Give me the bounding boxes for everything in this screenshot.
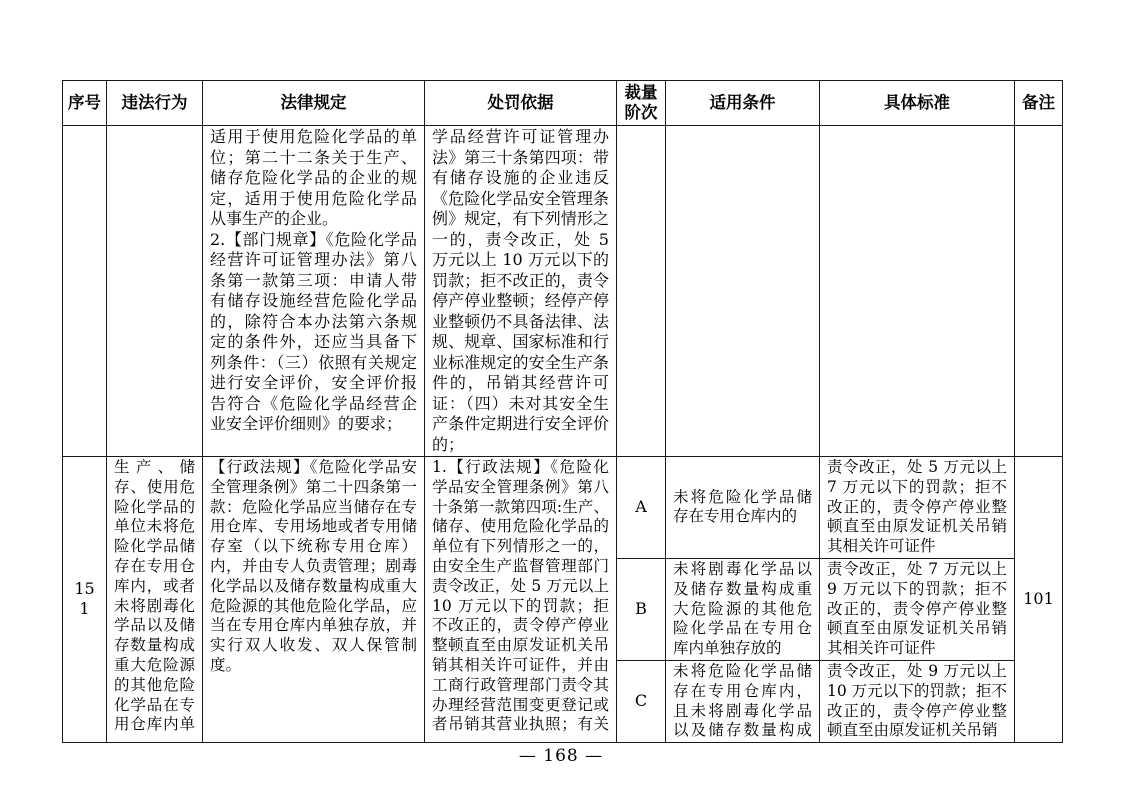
header-legal-provision: 法律规定 (203, 81, 425, 126)
continuation-row: 适用于使用危险化学品的单位；第二十二条关于生产、储存危险化学品的企业的规定，适用… (63, 126, 1063, 457)
header-applicable-condition: 适用条件 (666, 81, 820, 126)
header-specific-standard: 具体标准 (820, 81, 1015, 126)
tier-a-condition-cell: 未将危险化学品储存在专用仓库内的 (666, 457, 820, 559)
tier-c-condition-cell: 未将危险化学品储存在专用仓库内，且未将剧毒化学品以及储存数量构成重 (666, 660, 820, 742)
header-violation: 违法行为 (107, 81, 203, 126)
penalty-basis-cell: 1.【行政法规】《危险化学品安全管理条例》第八十条第一款第四项:生产、储存、使用… (425, 457, 617, 743)
violation-cell: 生产、储存、使用危险化学品的单位未将危险化学品储存在专用仓库内，或者未将剧毒化学… (107, 457, 203, 743)
row-151-tier-a: 151 生产、储存、使用危险化学品的单位未将危险化学品储存在专用仓库内，或者未将… (63, 457, 1063, 559)
cont-remark-cell (1015, 126, 1063, 457)
header-remark: 备注 (1015, 81, 1063, 126)
page-number: — 168 — (0, 746, 1122, 766)
cont-serial-cell (63, 126, 107, 457)
document-page: 序号 违法行为 法律规定 处罚依据 裁量阶次 适用条件 具体标准 备注 适用于使… (0, 0, 1122, 793)
header-discretion-tier: 裁量阶次 (617, 81, 666, 126)
table-header-row: 序号 违法行为 法律规定 处罚依据 裁量阶次 适用条件 具体标准 备注 (63, 81, 1063, 126)
header-serial: 序号 (63, 81, 107, 126)
cont-violation-cell (107, 126, 203, 457)
cont-penalty-basis-cell: 学品经营许可证管理办法》第三十条第四项：带有储存设施的企业违反《危险化学品安全管… (425, 126, 617, 457)
tier-a-level-cell: A (617, 457, 666, 559)
legal-provision-cell: 【行政法规】《危险化学品安全管理条例》第二十四条第一款：危险化学品应当储存在专用… (203, 457, 425, 743)
serial-cell: 151 (63, 457, 107, 743)
tier-a-standard-cell: 责令改正，处 5 万元以上 7 万元以下的罚款；拒不改正的，责令停产停业整顿直至… (820, 457, 1015, 559)
remark-cell: 101 (1015, 457, 1063, 743)
tier-c-standard-cell: 责令改正，处 9 万元以上 10 万元以下的罚款；拒不改正的，责令停产停业整顿直… (820, 660, 1015, 742)
cont-standard-cell (820, 126, 1015, 457)
tier-b-condition-cell: 未将剧毒化学品以及储存数量构成重大危险源的其他危险化学品在专用仓库内单独存放的 (666, 558, 820, 660)
header-penalty-basis: 处罚依据 (425, 81, 617, 126)
tier-b-standard-cell: 责令改正，处 7 万元以上 9 万元以下的罚款；拒不改正的，责令停产停业整顿直至… (820, 558, 1015, 660)
tier-c-level-cell: C (617, 660, 666, 742)
cont-condition-cell (666, 126, 820, 457)
penalty-discretion-table: 序号 违法行为 法律规定 处罚依据 裁量阶次 适用条件 具体标准 备注 适用于使… (62, 80, 1063, 743)
tier-b-level-cell: B (617, 558, 666, 660)
cont-legal-provision-cell: 适用于使用危险化学品的单位；第二十二条关于生产、储存危险化学品的企业的规定，适用… (203, 126, 425, 457)
cont-tier-cell (617, 126, 666, 457)
